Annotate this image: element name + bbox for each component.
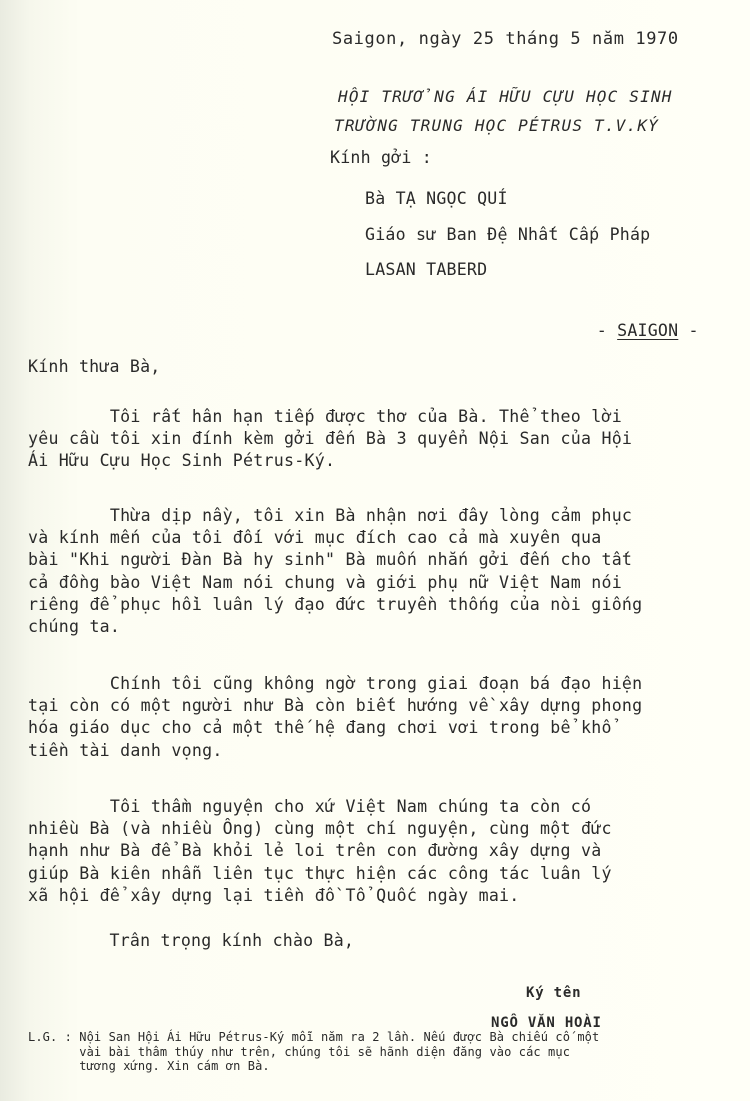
paragraph-line: Tôi rất hân hạn tiếp được thơ của Bà. Th… xyxy=(28,406,728,428)
postscript-line: vài bài thâm thúy như trên, chúng tôi sẽ… xyxy=(28,1045,599,1060)
paragraph-line: Thừa dịp nầy, tôi xin Bà nhận nơi đây lò… xyxy=(28,505,728,527)
recipient-city: SAIGON xyxy=(617,321,678,340)
paragraph-3: Chính tôi cũng không ngờ trong giai đoạn… xyxy=(28,673,728,762)
sender-header-line-1: HỘI TRƯỞNG ÁI HỮU CỰU HỌC SINH xyxy=(338,86,673,108)
paragraph-line: tại còn có một người như Bà còn biết hướ… xyxy=(28,695,728,717)
paragraph-line: riêng để phục hồi luân lý đạo đức truyền… xyxy=(28,594,728,616)
paragraph-1: Tôi rất hân hạn tiếp được thơ của Bà. Th… xyxy=(28,406,728,473)
addressing-line: Kính gởi : xyxy=(330,147,432,169)
letter-page: Saigon, ngày 25 tháng 5 năm 1970 HỘI TRƯ… xyxy=(0,0,750,1101)
closing-line: Trân trọng kính chào Bà, xyxy=(28,930,354,952)
paragraph-line: nhiều Bà (và nhiều Ông) cùng một chí ngu… xyxy=(28,818,728,840)
date-line: Saigon, ngày 25 tháng 5 năm 1970 xyxy=(332,28,679,50)
paragraph-line: Tôi thầm nguyện cho xứ Việt Nam chúng ta… xyxy=(28,796,728,818)
paragraph-4: Tôi thầm nguyện cho xứ Việt Nam chúng ta… xyxy=(28,796,728,907)
paragraph-line: giúp Bà kiên nhẫn liên tục thực hiện các… xyxy=(28,863,728,885)
recipient-institution: LASAN TABERD xyxy=(365,259,487,281)
paragraph-line: và kính mến của tôi đối với mục đích cao… xyxy=(28,527,728,549)
postscript-line: tương xứng. Xin cám ơn Bà. xyxy=(28,1059,599,1074)
paragraph-line: Chính tôi cũng không ngờ trong giai đoạn… xyxy=(28,673,728,695)
paragraph-line: bài "Khi người Đàn Bà hy sinh" Bà muốn n… xyxy=(28,549,728,571)
sender-header-line-2: TRƯỜNG TRUNG HỌC PÉTRUS T.V.KÝ xyxy=(334,115,659,137)
paragraph-line: xã hội để xây dựng lại tiền đồ Tổ Quốc n… xyxy=(28,885,728,907)
city-prefix: - xyxy=(597,321,617,340)
postscript: L.G. : Nội San Hội Ái Hữu Pétrus-Ký mỗi … xyxy=(28,1030,599,1074)
signature-label: Ký tên xyxy=(526,982,581,1004)
paragraph-2: Thừa dịp nầy, tôi xin Bà nhận nơi đây lò… xyxy=(28,505,728,638)
paragraph-line: tiền tài danh vọng. xyxy=(28,740,728,762)
recipient-city-line: - SAIGON - xyxy=(556,298,699,364)
city-suffix: - xyxy=(678,321,698,340)
paragraph-line: cả đồng bào Việt Nam nói chung và giới p… xyxy=(28,572,728,594)
salutation: Kính thưa Bà, xyxy=(28,356,160,378)
recipient-title: Giáo sư Ban Đệ Nhất Cấp Pháp xyxy=(365,224,650,246)
paragraph-line: yêu cầu tôi xin đính kèm gởi đến Bà 3 qu… xyxy=(28,428,728,450)
paragraph-line: hóa giáo dục cho cả một thế hệ đang chơi… xyxy=(28,717,728,739)
paragraph-line: chúng ta. xyxy=(28,616,728,638)
postscript-line: L.G. : Nội San Hội Ái Hữu Pétrus-Ký mỗi … xyxy=(28,1030,599,1045)
paragraph-line: hạnh như Bà để Bà khỏi lẻ loi trên con đ… xyxy=(28,840,728,862)
paragraph-line: Ái Hữu Cựu Học Sinh Pétrus-Ký. xyxy=(28,450,728,472)
recipient-name: Bà TẠ NGỌC QUÍ xyxy=(365,188,508,210)
